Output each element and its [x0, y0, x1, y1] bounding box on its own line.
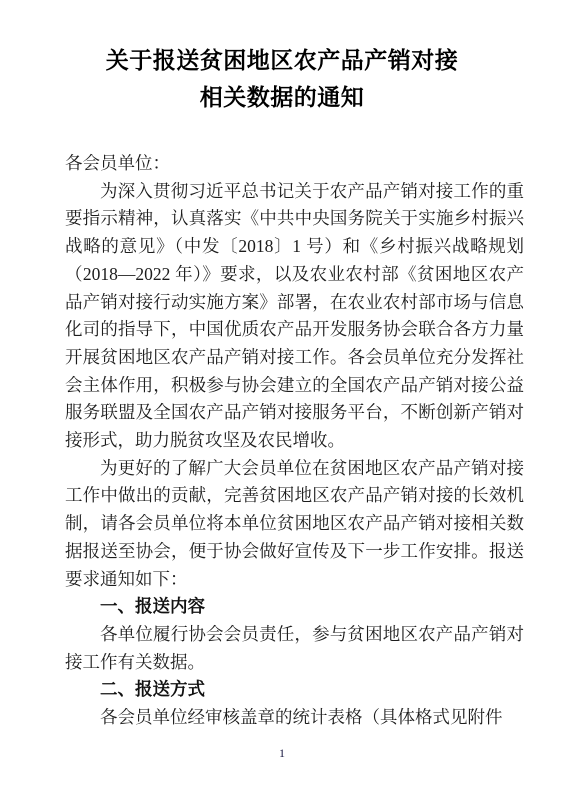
section-heading-report-method: 二、报送方式	[65, 676, 524, 704]
paragraph-intro: 为深入贯彻习近平总书记关于农产品产销对接工作的重要指示精神，认真落实《中共中央国…	[65, 178, 524, 455]
document-body: 各会员单位： 为深入贯彻习近平总书记关于农产品产销对接工作的重要指示精神，认真落…	[65, 150, 524, 732]
document-title-line-1: 关于报送贫困地区农产品产销对接	[0, 42, 564, 79]
salutation: 各会员单位：	[65, 150, 524, 178]
section-body-report-method: 各会员单位经审核盖章的统计表格（具体格式见附件	[65, 704, 524, 732]
document-title: 关于报送贫困地区农产品产销对接 相关数据的通知	[0, 0, 564, 116]
document-title-line-2: 相关数据的通知	[0, 79, 564, 116]
section-body-report-content: 各单位履行协会会员责任，参与贫困地区农产品产销对接工作有关数据。	[65, 621, 524, 676]
section-heading-report-content: 一、报送内容	[65, 593, 524, 621]
document-page: 关于报送贫困地区农产品产销对接 相关数据的通知 各会员单位： 为深入贯彻习近平总…	[0, 0, 564, 801]
paragraph-purpose: 为更好的了解广大会员单位在贫困地区农产品产销对接工作中做出的贡献，完善贫困地区农…	[65, 455, 524, 594]
page-number: 1	[0, 745, 564, 761]
